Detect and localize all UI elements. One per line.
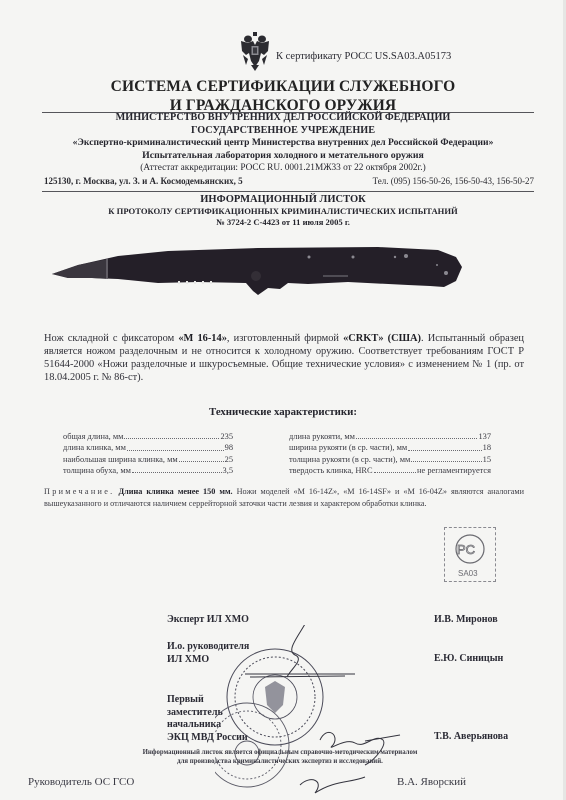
spec-label: твердость клинка, HRC (289, 465, 373, 476)
spec-value: 235 (220, 431, 233, 442)
spec-value: 98 (225, 442, 233, 453)
document-page: К сертификату РОСС US.SA03.A05173 СИСТЕМ… (0, 0, 566, 800)
pct-conformity-mark-icon: PC SA03 (444, 527, 496, 582)
head-gso-name: В.А. Яворский (397, 776, 466, 788)
description-paragraph: Нож складной с фиксатором «М 16-14», изг… (44, 332, 524, 384)
spec-value: 3,5 (223, 465, 233, 476)
spec-label: ширина рукояти (в ср. части), мм (289, 442, 407, 453)
protocol-number: № 3724-2 С-4423 от 11 июля 2005 г. (0, 217, 566, 229)
address-rule (42, 191, 534, 192)
info-sheet-heading: ИНФОРМАЦИОННЫЙ ЛИСТОК К ПРОТОКОЛУ СЕРТИФ… (0, 194, 566, 229)
center-name: «Экспертно-криминалистический центр Мини… (0, 137, 566, 150)
signature-name-deputy: Т.В. Аверьянова (434, 731, 508, 742)
note-paragraph: Примечание. Длина клинка менее 150 мм. Н… (44, 486, 524, 509)
spec-value: 25 (225, 454, 233, 465)
note-text: Ножи моделей «М 16-14Z», «М 16-14SF» и «… (44, 487, 524, 508)
spec-row: общая длина, мм235 (63, 431, 233, 442)
note-label: Примечание. (44, 487, 115, 496)
info-sheet-subtitle: К ПРОТОКОЛУ СЕРТИФИКАЦИОННЫХ КРИМИНАЛИСТ… (0, 206, 566, 218)
specs-title: Технические характеристики: (0, 406, 566, 418)
signature-name-expert: И.В. Миронов (434, 614, 498, 625)
organization-block: МИНИСТЕРСТВО ВНУТРЕННИХ ДЕЛ РОССИЙСКОЙ Ф… (0, 112, 566, 175)
system-title-line1: СИСТЕМА СЕРТИФИКАЦИИ СЛУЖЕБНОГО (0, 77, 566, 96)
specs-right-column: длина рукояти, мм137 ширина рукояти (в с… (289, 431, 491, 476)
spec-label: наибольшая ширина клинка, мм (63, 454, 178, 465)
svg-text:SA03: SA03 (458, 569, 478, 578)
spec-value: 137 (478, 431, 491, 442)
spec-label: толщина обуха, мм (63, 465, 131, 476)
info-sheet-title: ИНФОРМАЦИОННЫЙ ЛИСТОК (0, 194, 566, 206)
spec-label: длина клинка, мм (63, 442, 126, 453)
spec-label: толщина рукояти (в ср. части), мм (289, 454, 410, 465)
footer-note-line: Информационный листок является официальн… (120, 748, 440, 757)
institution-name: ГОСУДАРСТВЕННОЕ УЧРЕЖДЕНИЕ (0, 125, 566, 138)
spec-label: общая длина, мм (63, 431, 123, 442)
head-gso-title: Руководитель ОС ГСО (28, 776, 134, 788)
knife-model: «М 16-14» (178, 333, 227, 344)
russian-coat-of-arms-icon (239, 31, 271, 71)
spec-label: длина рукояти, мм (289, 431, 355, 442)
spec-value: 18 (483, 442, 491, 453)
specs-left-column: общая длина, мм235 длина клинка, мм98 на… (63, 431, 233, 476)
footer-note-line: для производства криминалистических эксп… (120, 757, 440, 766)
folding-knife-photo (48, 241, 466, 303)
description-text: , изготовленный фирмой (227, 333, 343, 344)
manufacturer: «CRKT» (США) (343, 333, 421, 344)
system-title: СИСТЕМА СЕРТИФИКАЦИИ СЛУЖЕБНОГО И ГРАЖДА… (0, 77, 566, 115)
certificate-reference: К сертификату РОСС US.SA03.A05173 (276, 51, 451, 62)
signature-name-head-lab: Е.Ю. Синицын (434, 653, 503, 664)
phones: Тел. (095) 156-50-26, 156-50-43, 156-50-… (373, 176, 534, 186)
laboratory-name: Испытательная лаборатория холодного и ме… (0, 150, 566, 163)
spec-row: длина рукояти, мм137 (289, 431, 491, 442)
spec-row: наибольшая ширина клинка, мм25 (63, 454, 233, 465)
ministry-name: МИНИСТЕРСТВО ВНУТРЕННИХ ДЕЛ РОССИЙСКОЙ Ф… (0, 112, 566, 125)
spec-row: твердость клинка, HRCне регламентируется (289, 465, 491, 476)
spec-row: толщина обуха, мм3,5 (63, 465, 233, 476)
spec-row: ширина рукояти (в ср. части), мм18 (289, 442, 491, 453)
accreditation: (Аттестат аккредитации: РОСС RU. 0001.21… (0, 162, 566, 175)
address: 125130, г. Москва, ул. З. и А. Космодемь… (44, 176, 243, 186)
spec-value: 15 (483, 454, 491, 465)
spec-value: не регламентируется (417, 465, 491, 476)
spec-row: длина клинка, мм98 (63, 442, 233, 453)
spec-row: толщина рукояти (в ср. части), мм15 (289, 454, 491, 465)
note-emphasis: Длина клинка менее 150 мм. (119, 487, 233, 496)
footer-note: Информационный листок является официальн… (120, 748, 440, 766)
description-text: Нож складной с фиксатором (44, 333, 178, 344)
official-stamps (215, 625, 415, 800)
svg-text:PC: PC (457, 542, 475, 557)
